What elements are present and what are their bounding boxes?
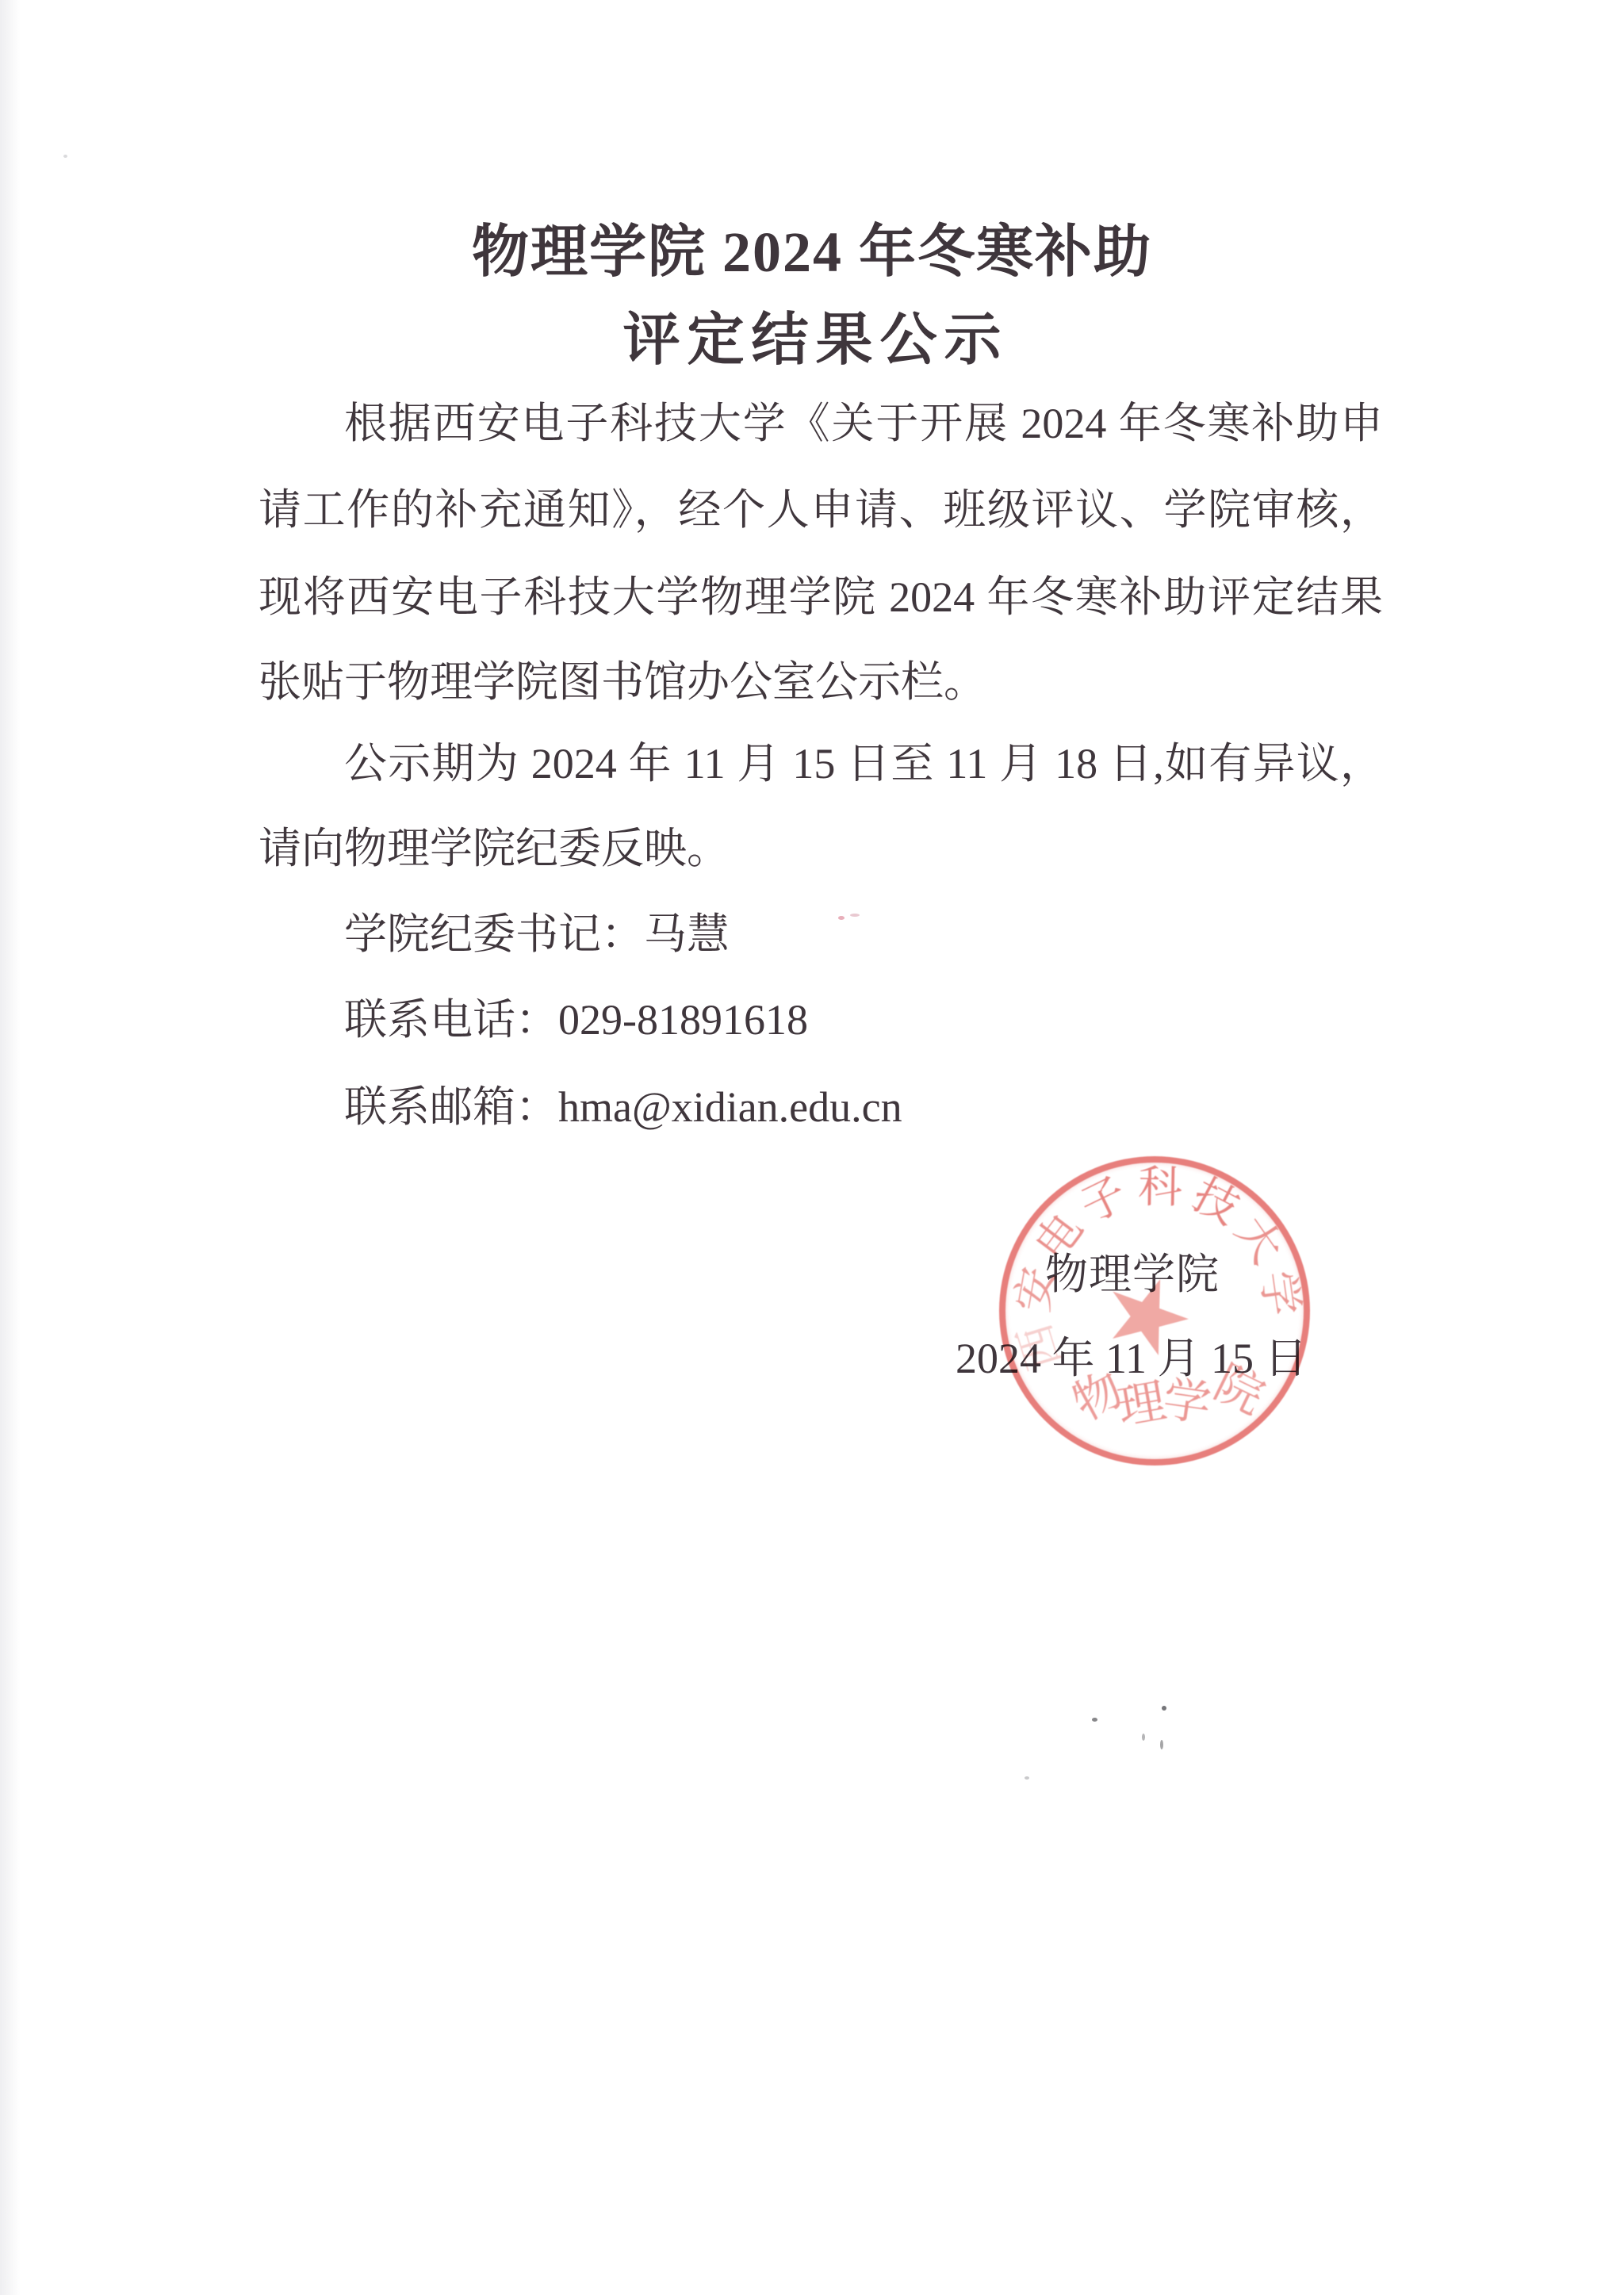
notice-title-line1: 物理学院 2024 年冬寒补助	[0, 220, 1624, 284]
signature-org: 物理学院	[1045, 1250, 1220, 1299]
stamp-bottom-text-char: 学	[1160, 1375, 1214, 1429]
seal-ring	[999, 1156, 1310, 1466]
body-line-email: 联系邮箱：hma@xidian.edu.cn	[259, 1082, 1383, 1132]
body-line: 现将西安电子科技大学物理学院 2024 年冬寒补助评定结果	[259, 573, 1383, 622]
dust-speck	[1025, 1776, 1029, 1780]
page-background: 物理学院 2024 年冬寒补助 评定结果公示 根据西安电子科技大学《关于开展 2…	[0, 0, 1624, 2295]
body-line: 公示期为 2024 年 11 月 15 日至 11 月 18 日,如有异议，	[259, 739, 1383, 788]
stamp-bottom-text-char: 理	[1114, 1377, 1170, 1432]
body-line: 张贴于物理学院图书馆办公室公示栏。	[259, 657, 1383, 707]
stamp-ring-text-char: 技	[1185, 1172, 1246, 1232]
body-line: 请向物理学院纪委反映。	[259, 824, 1383, 873]
official-seal-stamp: 西安电子科技大学 物理学院	[999, 1156, 1310, 1466]
body-line: 请工作的补充通知》，经个人申请、班级评议、学院审核，	[259, 485, 1383, 534]
stamp-ring-text-char: 大	[1228, 1209, 1289, 1271]
signature-date: 2024 年 11 月 15 日	[956, 1334, 1308, 1383]
body-line-secretary: 学院纪委书记：马慧	[259, 910, 1383, 959]
scanned-notice-page: { "colors": { "page_bg": "#ffffff", "tex…	[0, 0, 1624, 2295]
dust-speck	[63, 155, 67, 158]
dust-speck	[1162, 1706, 1166, 1711]
notice-title-line2: 评定结果公示	[0, 308, 1624, 372]
dust-speck	[1160, 1740, 1163, 1749]
ink-speck	[838, 916, 845, 920]
dust-speck	[1092, 1718, 1097, 1722]
ink-speck	[850, 914, 860, 917]
body-line: 根据西安电子科技大学《关于开展 2024 年冬寒补助申	[259, 399, 1383, 448]
stamp-ring-text-char: 科	[1138, 1166, 1183, 1211]
body-line-phone: 联系电话：029-81891618	[259, 995, 1383, 1044]
stamp-ring-text-char: 学	[1254, 1268, 1304, 1318]
dust-speck	[1142, 1734, 1145, 1741]
stamp-ring-text-char: 子	[1074, 1171, 1134, 1231]
